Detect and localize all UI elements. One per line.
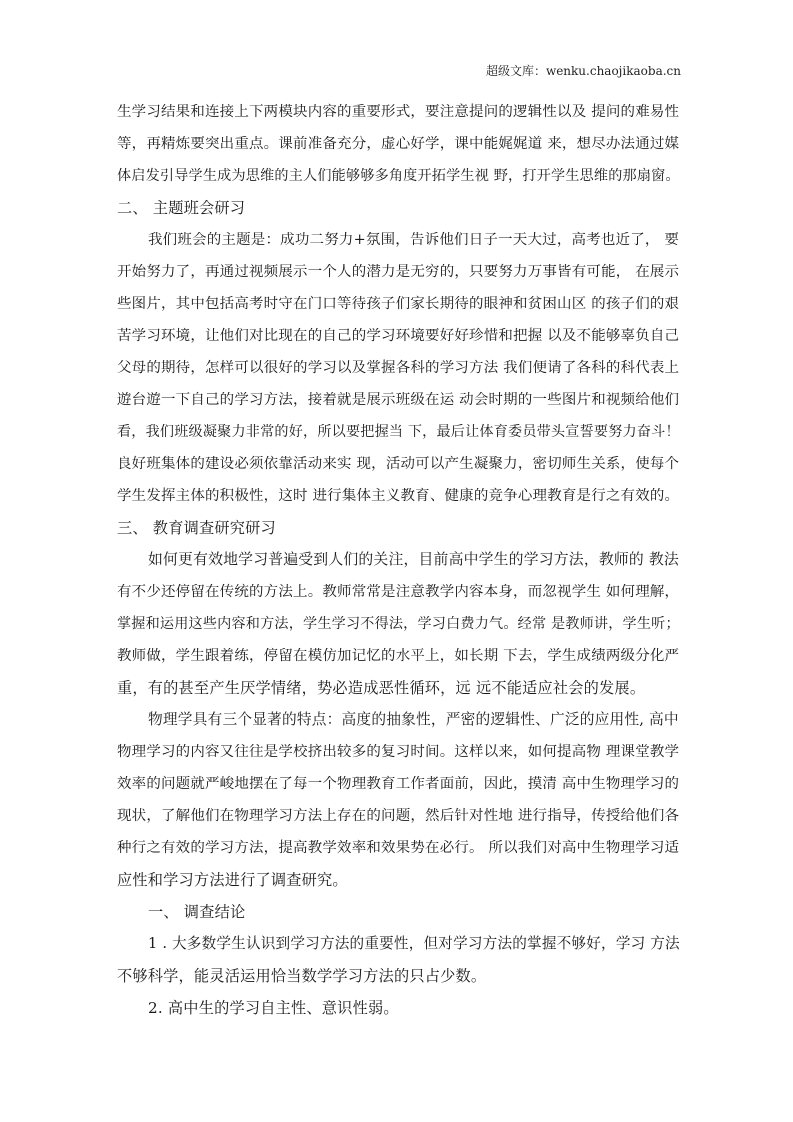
- section-heading: 三、 教育调查研究研习: [117, 512, 679, 544]
- text-line: 2. 高中生的学习自主性、意识性弱。: [117, 992, 679, 1024]
- text-line: 苦学习环境，让他们对比现在的自己的学习环境要好好珍惜和把握 以及不能够辜负自己: [117, 320, 679, 352]
- text-line: 掌握和运用这些内容和方法，学生学习不得法，学习白费力气。经常 是教师讲，学生听；: [117, 608, 679, 640]
- text-line: 重，有的甚至产生厌学情绪，势必造成恶性循环，远 远不能适应社会的发展。: [117, 672, 679, 704]
- section-heading: 一、 调查结论: [117, 896, 679, 928]
- text-line: 物理学具有三个显著的特点：高度的抽象性，严密的逻辑性、广泛的应用性, 高中: [117, 704, 679, 736]
- text-line: 看，我们班级凝聚力非常的好，所以要把握当 下，最后让体育委员带头宣誓要努力奋斗！: [117, 416, 679, 448]
- text-line: 现状，了解他们在物理学习方法上存在的问题，然后针对性地 进行指导，传授给他们各: [117, 800, 679, 832]
- text-line: 有不少还停留在传统的方法上。教师常常是注意教学内容本身，而忽视学生 如何理解，: [117, 576, 679, 608]
- text-line: 1 . 大多数学生认识到学习方法的重要性，但对学习方法的掌握不够好，学习 方法: [117, 928, 679, 960]
- text-line: 种行之有效的学习方法，提高教学效率和效果势在必行。 所以我们对高中生物理学习适: [117, 832, 679, 864]
- text-line: 不够科学，能灵活运用恰当数学学习方法的只占少数。: [117, 960, 679, 992]
- text-line: 些图片，其中包括高考时守在门口等待孩子们家长期待的眼神和贫困山区 的孩子们的艰: [117, 288, 679, 320]
- text-line: 我们班会的主题是：成功二努力+氛围，告诉他们日子一天大过，高考也近了， 要: [117, 224, 679, 256]
- text-line: 教师做，学生跟着练，停留在模仿加记忆的水平上，如长期 下去，学生成绩两级分化严: [117, 640, 679, 672]
- text-line: 遊台遊一下自己的学习方法，接着就是展示班级在运 动会时期的一些图片和视频给他们: [117, 384, 679, 416]
- text-line: 良好班集体的建设必须依靠活动来实 现，活动可以产生凝聚力，密切师生关系，使每个: [117, 448, 679, 480]
- section-heading: 二、 主题班会研习: [117, 192, 679, 224]
- text-line: 如何更有效地学习普遍受到人们的关注，目前高中学生的学习方法，教师的 教法: [117, 544, 679, 576]
- page-header: 超级文库：wenku.chaojikaoba.cn: [486, 62, 681, 79]
- document-body: 生学习结果和连接上下两模块内容的重要形式，要注意提问的逻辑性以及 提问的难易性等…: [117, 96, 679, 1024]
- text-line: 生学习结果和连接上下两模块内容的重要形式，要注意提问的逻辑性以及 提问的难易性: [117, 96, 679, 128]
- text-line: 应性和学习方法进行了调查研究。: [117, 864, 679, 896]
- text-line: 父母的期待，怎样可以很好的学习以及掌握各科的学习方法 我们便请了各科的科代表上: [117, 352, 679, 384]
- text-line: 物理学习的内容又往往是学校挤出较多的复习时间。这样以来，如何提高物 理课堂教学: [117, 736, 679, 768]
- text-line: 体启发引导学生成为思维的主人们能够够多角度开拓学生视 野，打开学生思维的那扇窗。: [117, 160, 679, 192]
- text-line: 学生发挥主体的积极性，这时 进行集体主义教育、健康的竞争心理教育是行之有效的。: [117, 480, 679, 512]
- text-line: 开始努力了，再通过视频展示一个人的潜力是无穷的，只要努力万事皆有可能， 在展示: [117, 256, 679, 288]
- text-line: 效率的问题就严峻地摆在了每一个物理教育工作者面前，因此，摸清 高中生物理学习的: [117, 768, 679, 800]
- text-line: 等，再精炼要突出重点。课前准备充分，虚心好学，课中能娓娓道 来，想尽办法通过媒: [117, 128, 679, 160]
